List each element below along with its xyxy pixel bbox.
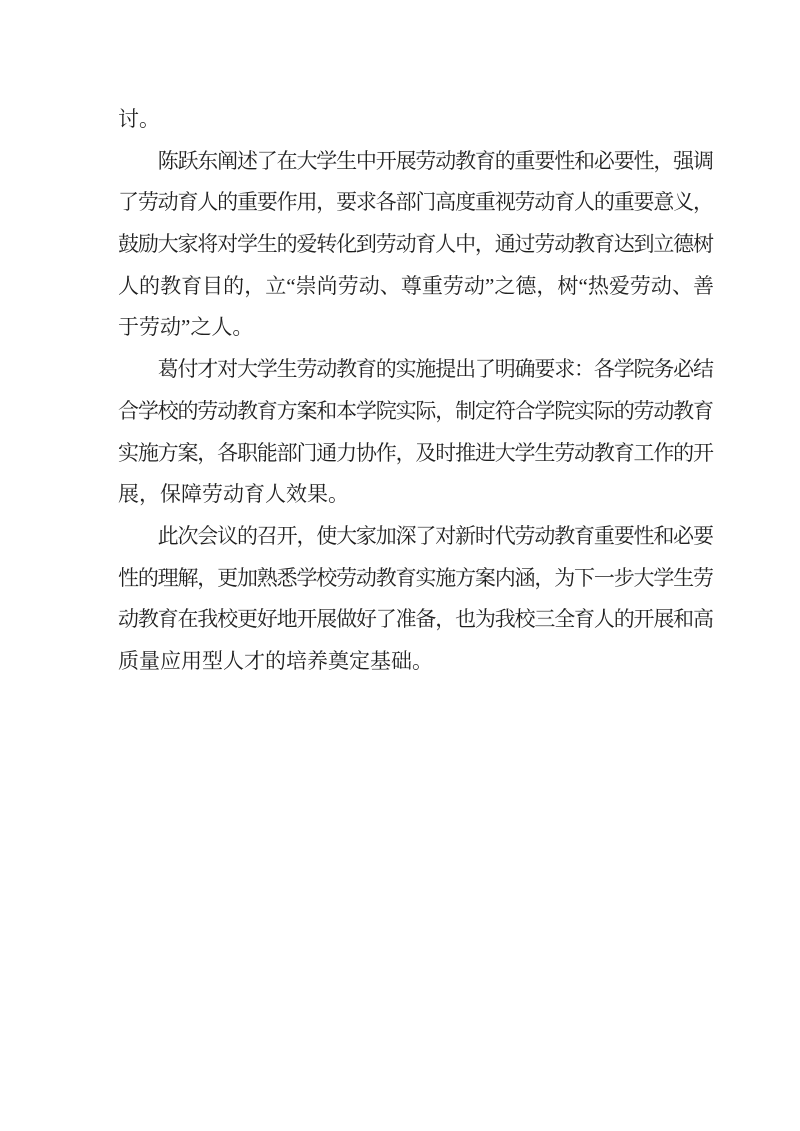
line-text: 陈跃东阐述了在大学生中开展劳动教育的重要性和必要性，强调 [118,141,713,183]
line-text: 动教育在我校更好地开展做好了准备，也为我校三全育人的开展和高 [118,599,713,641]
document-line: 性的理解，更加熟悉学校劳动教育实施方案内涵，为下一步大学生劳 [118,558,714,600]
line-text: 展，保障劳动育人效果。 [118,474,349,516]
document-line: 此次会议的召开，使大家加深了对新时代劳动教育重要性和必要 [118,516,714,558]
document-body: 讨。 陈跃东阐述了在大学生中开展劳动教育的重要性和必要性，强调 了劳动育人的重要… [118,99,714,683]
document-line: 葛付才对大学生劳动教育的实施提出了明确要求：各学院务必结 [118,349,714,391]
document-line: 了劳动育人的重要作用，要求各部门高度重视劳动育人的重要意义， [118,182,714,224]
document-line: 展，保障劳动育人效果。 [118,474,714,516]
document-line: 质量应用型人才的培养奠定基础。 [118,641,714,683]
line-text: 讨。 [118,99,160,141]
line-text: 此次会议的召开，使大家加深了对新时代劳动教育重要性和必要 [118,516,713,558]
document-line: 于劳动”之人。 [118,307,714,349]
document-page: 讨。 陈跃东阐述了在大学生中开展劳动教育的重要性和必要性，强调 了劳动育人的重要… [0,0,800,1131]
document-line: 讨。 [118,99,714,141]
line-text: 葛付才对大学生劳动教育的实施提出了明确要求：各学院务必结 [118,349,713,391]
document-line: 陈跃东阐述了在大学生中开展劳动教育的重要性和必要性，强调 [118,141,714,183]
document-line: 实施方案，各职能部门通力协作，及时推进大学生劳动教育工作的开 [118,433,714,475]
line-text: 了劳动育人的重要作用，要求各部门高度重视劳动育人的重要意义， [118,182,713,224]
line-text: 鼓励大家将对学生的爱转化到劳动育人中，通过劳动教育达到立德树 [118,224,713,266]
line-text: 性的理解，更加熟悉学校劳动教育实施方案内涵，为下一步大学生劳 [118,558,713,600]
line-text: 于劳动”之人。 [118,307,253,349]
document-line: 动教育在我校更好地开展做好了准备，也为我校三全育人的开展和高 [118,599,714,641]
line-text: 质量应用型人才的培养奠定基础。 [118,641,433,683]
document-line: 合学校的劳动教育方案和本学院实际，制定符合学院实际的劳动教育 [118,391,714,433]
line-text: 人的教育目的，立“崇尚劳动、尊重劳动”之德，树“热爱劳动、善 [118,266,714,308]
document-line: 鼓励大家将对学生的爱转化到劳动育人中，通过劳动教育达到立德树 [118,224,714,266]
line-text: 合学校的劳动教育方案和本学院实际，制定符合学院实际的劳动教育 [118,391,713,433]
document-line: 人的教育目的，立“崇尚劳动、尊重劳动”之德，树“热爱劳动、善 [118,266,714,308]
line-text: 实施方案，各职能部门通力协作，及时推进大学生劳动教育工作的开 [118,433,713,475]
